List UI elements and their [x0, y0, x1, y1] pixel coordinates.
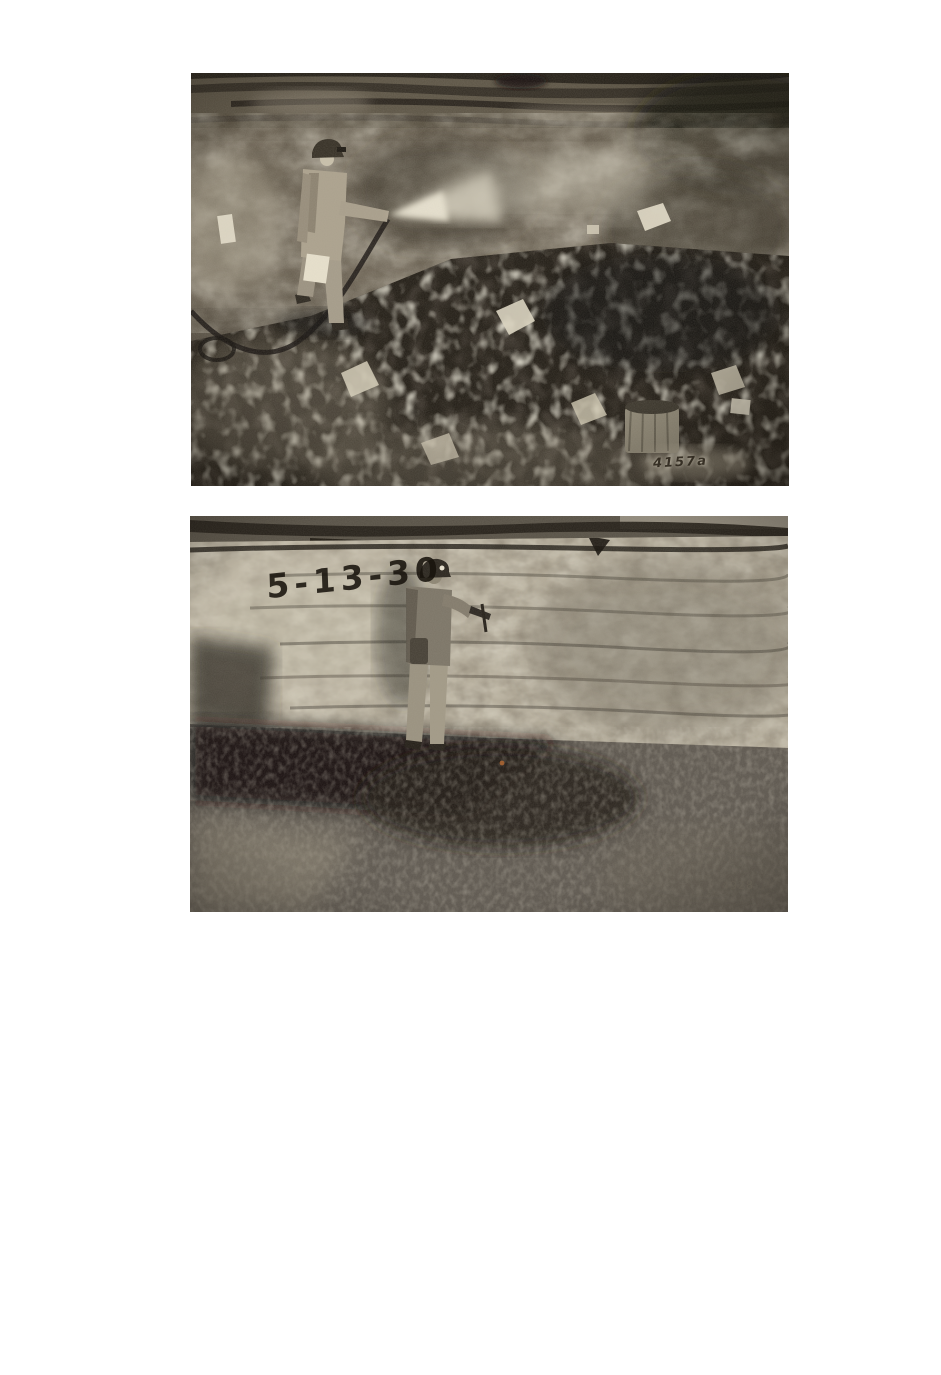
mine-wall-scene	[190, 516, 788, 912]
mine-spraying-photo: 4157a	[191, 73, 789, 486]
mine-spraying-scene	[191, 73, 789, 486]
document-page: 4157a	[0, 0, 941, 1375]
mine-wall-photo: 5-13-30 4928	[190, 516, 788, 912]
vignette	[191, 73, 789, 486]
vignette-2	[190, 516, 788, 912]
